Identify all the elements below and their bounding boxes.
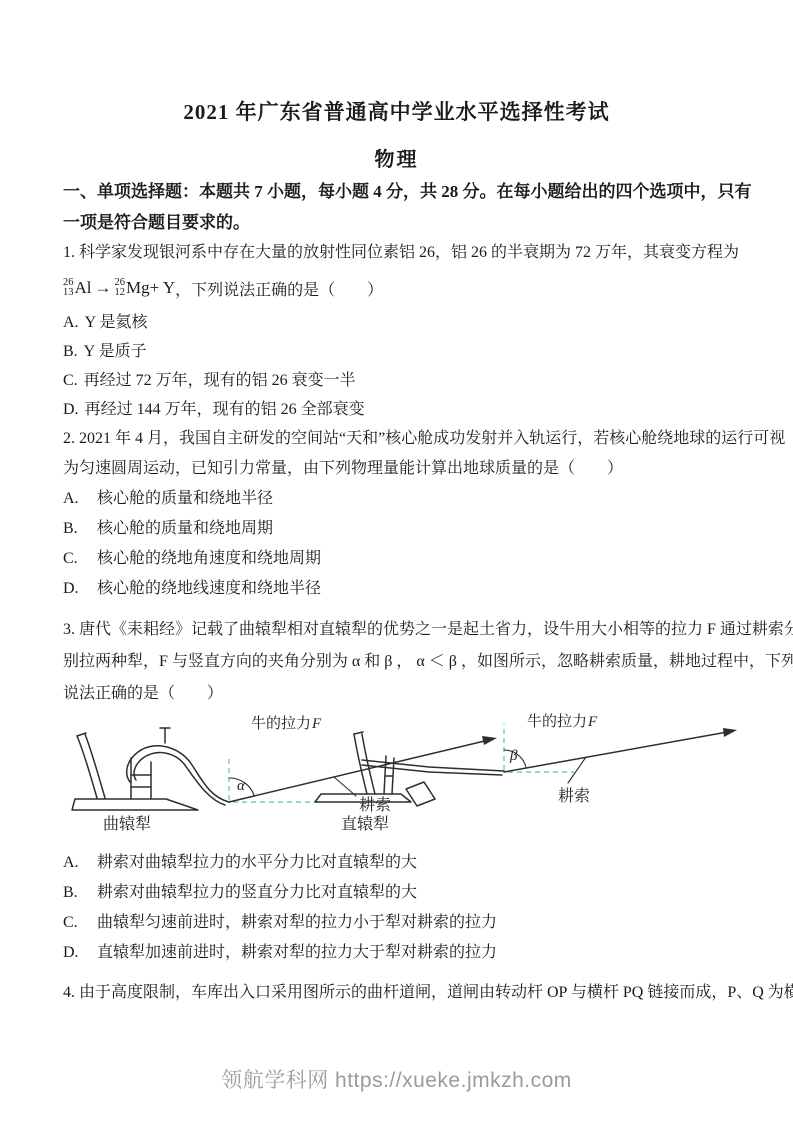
q1-stem-after-equation: ，下列说法正确的是（ ） — [175, 277, 383, 300]
q1-option-d: D.再经过 144 万年，现有的铝 26 全部衰变 — [63, 395, 730, 424]
exam-page: 2021 年广东省普通高中学业水平选择性考试 物理 一、单项选择题：本题共 7 … — [0, 0, 793, 1122]
equation-tail: + Y — [150, 278, 175, 298]
al-atomic-number: 13 — [63, 288, 74, 298]
option-text: 耕索对曲辕犁拉力的水平分力比对直辕犁的大 — [97, 854, 417, 871]
q2-stem-line2: 为匀速圆周运动，已知引力常量，由下列物理量能计算出地球质量的是（ ） — [63, 454, 730, 484]
nuclide-aluminium: 26 13 Al — [63, 278, 92, 298]
option-text: 核心舱的绕地角速度和绕地周期 — [97, 550, 321, 567]
q2-option-c: C.核心舱的绕地角速度和绕地周期 — [63, 544, 730, 574]
option-text: Y 是质子 — [84, 343, 147, 360]
option-text: 核心舱的质量和绕地半径 — [97, 490, 273, 507]
right-force-arrow — [504, 731, 733, 772]
option-text: 直辕犁加速前进时，耕索对犁的拉力大于犁对耕索的拉力 — [97, 944, 497, 961]
option-text: 耕索对曲辕犁拉力的竖直分力比对直辕犁的大 — [97, 884, 417, 901]
option-letter: B. — [63, 337, 78, 366]
q1-option-b: B.Y 是质子 — [63, 337, 730, 366]
right-rope-pointer — [568, 757, 586, 783]
q2-stem-line1: 2. 2021 年 4 月，我国自主研发的空间站“天和”核心舱成功发射并入轨运行… — [63, 424, 730, 454]
q1-equation-line: 26 13 Al → 26 12 Mg + Y ，下列说法正确的是（ ） — [63, 268, 730, 308]
alpha-label: α — [237, 778, 246, 794]
section-header-line2: 一项是符合题目要求的。 — [63, 207, 730, 238]
mg-atomic-number: 12 — [115, 288, 126, 298]
right-rope-label: 耕索 — [558, 786, 590, 805]
nuclide-magnesium: 26 12 Mg — [115, 278, 150, 298]
nuclide-al-numbers: 26 13 — [63, 278, 74, 298]
option-letter: A. — [63, 308, 79, 337]
q2-option-a: A.核心舱的质量和绕地半径 — [63, 484, 730, 514]
option-letter: B. — [63, 514, 89, 544]
reaction-arrow: → — [95, 278, 112, 298]
right-force-arrowhead — [723, 728, 737, 737]
q3-stem-line3: 说法正确的是（ ） — [63, 678, 730, 710]
straight-plow-caption: 直辕犁 — [341, 814, 389, 833]
subject-title: 物理 — [63, 146, 730, 174]
option-text: 曲辕犁匀速前进时，耕索对犁的拉力小于犁对耕索的拉力 — [97, 914, 497, 931]
q3-option-d: D.直辕犁加速前进时，耕索对犁的拉力大于犁对耕索的拉力 — [63, 938, 730, 968]
q4-stem-line1: 4. 由于高度限制，车库出入口采用图所示的曲杆道闸，道闸由转动杆 OP 与横杆 … — [63, 978, 730, 1008]
q3-plow-figure: 牛的拉力 F α 耕索 曲辕犁 — [69, 710, 744, 835]
option-letter: C. — [63, 366, 78, 395]
left-rope-pointer — [334, 777, 356, 796]
left-force-arrowhead — [482, 736, 497, 745]
q3-figure-wrap: 牛的拉力 F α 耕索 曲辕犁 — [63, 710, 730, 835]
q3-stem-line2: 别拉两种犁，F 与竖直方向的夹角分别为 α 和 β ， α ＜ β ，如图所示，… — [63, 646, 730, 678]
option-letter: D. — [63, 574, 89, 604]
al-symbol: Al — [75, 278, 92, 298]
option-letter: A. — [63, 484, 89, 514]
watermark-footer: 领航学科网 https://xueke.jmkzh.com — [0, 1064, 793, 1094]
mg-symbol: Mg — [126, 278, 150, 298]
option-letter: B. — [63, 878, 89, 908]
option-letter: D. — [63, 938, 89, 968]
option-text: 核心舱的绕地线速度和绕地半径 — [97, 580, 321, 597]
nuclide-mg-numbers: 26 12 — [115, 278, 126, 298]
option-letter: D. — [63, 395, 79, 424]
right-force-symbol: F — [587, 714, 598, 730]
option-letter: C. — [63, 908, 89, 938]
right-force-label: 牛的拉力 — [527, 713, 587, 730]
left-force-symbol: F — [311, 716, 322, 732]
q3-stem-line1: 3. 唐代《耒耜经》记载了曲辕犁相对直辕犁的优势之一是起土省力，设牛用大小相等的… — [63, 614, 730, 646]
page-title: 2021 年广东省普通高中学业水平选择性考试 — [63, 99, 730, 125]
q3-option-c: C.曲辕犁匀速前进时，耕索对犁的拉力小于犁对耕索的拉力 — [63, 908, 730, 938]
option-letter: A. — [63, 848, 89, 878]
curved-plow-sketch — [72, 728, 229, 810]
q3-option-b: B.耕索对曲辕犁拉力的竖直分力比对直辕犁的大 — [63, 878, 730, 908]
option-letter: C. — [63, 544, 89, 574]
left-force-label: 牛的拉力 — [251, 715, 311, 732]
option-text: 核心舱的质量和绕地周期 — [97, 520, 273, 537]
option-text: Y 是氦核 — [85, 314, 148, 331]
q1-option-c: C.再经过 72 万年，现有的铝 26 衰变一半 — [63, 366, 730, 395]
q2-option-b: B.核心舱的质量和绕地周期 — [63, 514, 730, 544]
q1-option-a: A.Y 是氦核 — [63, 308, 730, 337]
q2-option-d: D.核心舱的绕地线速度和绕地半径 — [63, 574, 730, 604]
option-text: 再经过 144 万年，现有的铝 26 全部衰变 — [85, 401, 365, 418]
q3-option-a: A.耕索对曲辕犁拉力的水平分力比对直辕犁的大 — [63, 848, 730, 878]
option-text: 再经过 72 万年，现有的铝 26 衰变一半 — [84, 372, 356, 389]
section-header-line1: 一、单项选择题：本题共 7 小题，每小题 4 分，共 28 分。在每小题给出的四… — [63, 176, 730, 207]
beta-label: β — [509, 748, 518, 764]
left-rope-label: 耕索 — [359, 795, 391, 814]
q1-stem-line1: 1. 科学家发现银河系中存在大量的放射性同位素铝 26，铝 26 的半衰期为 7… — [63, 238, 730, 268]
curved-plow-caption: 曲辕犁 — [103, 814, 151, 833]
